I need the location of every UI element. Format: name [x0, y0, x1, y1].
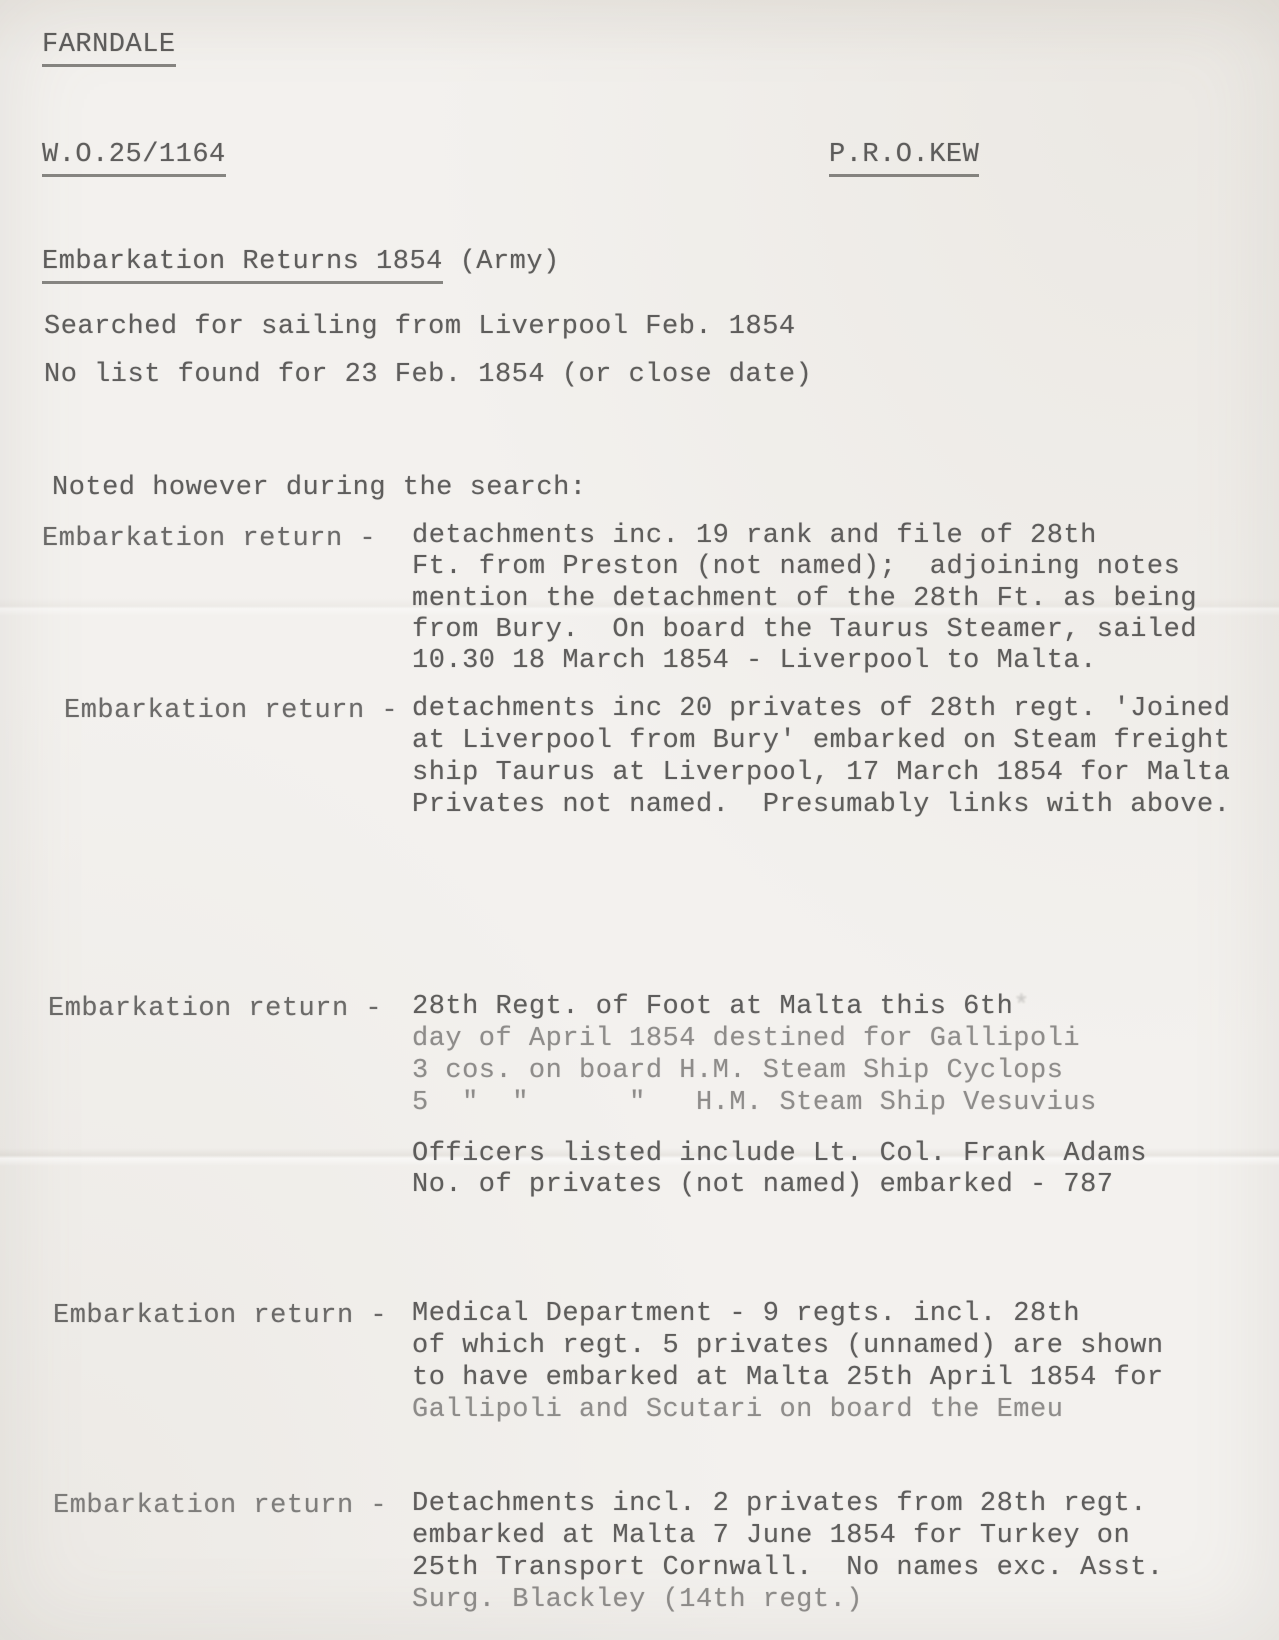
reference-number-line: W.O.25/1164	[42, 140, 226, 177]
typed-line: Detachments incl. 2 privates from 28th r…	[412, 1488, 1164, 1520]
entry-5-body: Detachments incl. 2 privates from 28th r…	[412, 1488, 1164, 1616]
typed-line: detachments inc 20 privates of 28th regt…	[412, 693, 1230, 725]
typed-line: 25th Transport Cornwall. No names exc. A…	[412, 1552, 1164, 1584]
scanned-typewritten-page: FARNDALE W.O.25/1164 P.R.O.KEW Embarkati…	[0, 0, 1279, 1640]
typed-line: detachments inc. 19 rank and file of 28t…	[412, 521, 1197, 552]
typed-line: Gallipoli and Scutari on board the Emeu	[412, 1394, 1164, 1426]
entry-2-body: detachments inc 20 privates of 28th regt…	[412, 693, 1230, 821]
entry-1-label: Embarkation return -	[42, 524, 376, 554]
typed-line: Medical Department - 9 regts. incl. 28th	[412, 1298, 1164, 1330]
noted-heading: Noted however during the search:	[52, 473, 586, 503]
typed-line: of which regt. 5 privates (unnamed) are …	[412, 1330, 1164, 1362]
entry-2-label: Embarkation return -	[64, 696, 398, 726]
document-title-line: Embarkation Returns 1854 (Army)	[42, 247, 560, 284]
typed-line: 10.30 18 March 1854 - Liverpool to Malta…	[412, 646, 1197, 677]
typed-line: to have embarked at Malta 25th April 185…	[412, 1362, 1164, 1394]
typed-line: at Liverpool from Bury' embarked on Stea…	[412, 725, 1230, 757]
archive-name: P.R.O.KEW	[829, 140, 979, 177]
entry-3-officers: Officers listed include Lt. Col. Frank A…	[412, 1139, 1147, 1202]
typed-line: 5 " " " H.M. Steam Ship Vesuvius	[412, 1087, 1097, 1119]
typed-line: from Bury. On board the Taurus Steamer, …	[412, 615, 1197, 646]
researcher-name-line: FARNDALE	[42, 30, 176, 67]
typed-line: 28th Regt. of Foot at Malta this 6th*	[412, 991, 1097, 1023]
entry-4-label: Embarkation return -	[53, 1301, 387, 1331]
document-title: Embarkation Returns 1854	[42, 247, 443, 284]
typed-line: No. of privates (not named) embarked - 7…	[412, 1170, 1147, 1201]
researcher-name: FARNDALE	[42, 30, 176, 67]
typed-line: embarked at Malta 7 June 1854 for Turkey…	[412, 1520, 1164, 1552]
typed-line: ship Taurus at Liverpool, 17 March 1854 …	[412, 757, 1230, 789]
typed-line: Officers listed include Lt. Col. Frank A…	[412, 1139, 1147, 1170]
typed-line: Surg. Blackley (14th regt.)	[412, 1584, 1164, 1616]
reference-number: W.O.25/1164	[42, 140, 226, 177]
typed-line: Privates not named. Presumably links wit…	[412, 789, 1230, 821]
typed-line: Ft. from Preston (not named); adjoining …	[412, 552, 1197, 583]
entry-3-body: 28th Regt. of Foot at Malta this 6th* da…	[412, 991, 1097, 1119]
typed-text: 28th Regt. of Foot at Malta this 6th	[412, 992, 1013, 1022]
typed-line: day of April 1854 destined for Gallipoli	[412, 1023, 1097, 1055]
entry-3-label: Embarkation return -	[48, 994, 382, 1024]
searched-note: Searched for sailing from Liverpool Feb.…	[44, 312, 796, 342]
ink-smudge: *	[1013, 992, 1030, 1022]
entry-4-body: Medical Department - 9 regts. incl. 28th…	[412, 1298, 1164, 1426]
no-list-note: No list found for 23 Feb. 1854 (or close…	[44, 360, 812, 390]
document-title-suffix: (Army)	[443, 247, 560, 277]
typed-line: mention the detachment of the 28th Ft. a…	[412, 584, 1197, 615]
typed-line: 3 cos. on board H.M. Steam Ship Cyclops	[412, 1055, 1097, 1087]
archive-name-line: P.R.O.KEW	[829, 140, 979, 177]
entry-5-label: Embarkation return -	[53, 1491, 387, 1521]
entry-1-body: detachments inc. 19 rank and file of 28t…	[412, 521, 1197, 677]
